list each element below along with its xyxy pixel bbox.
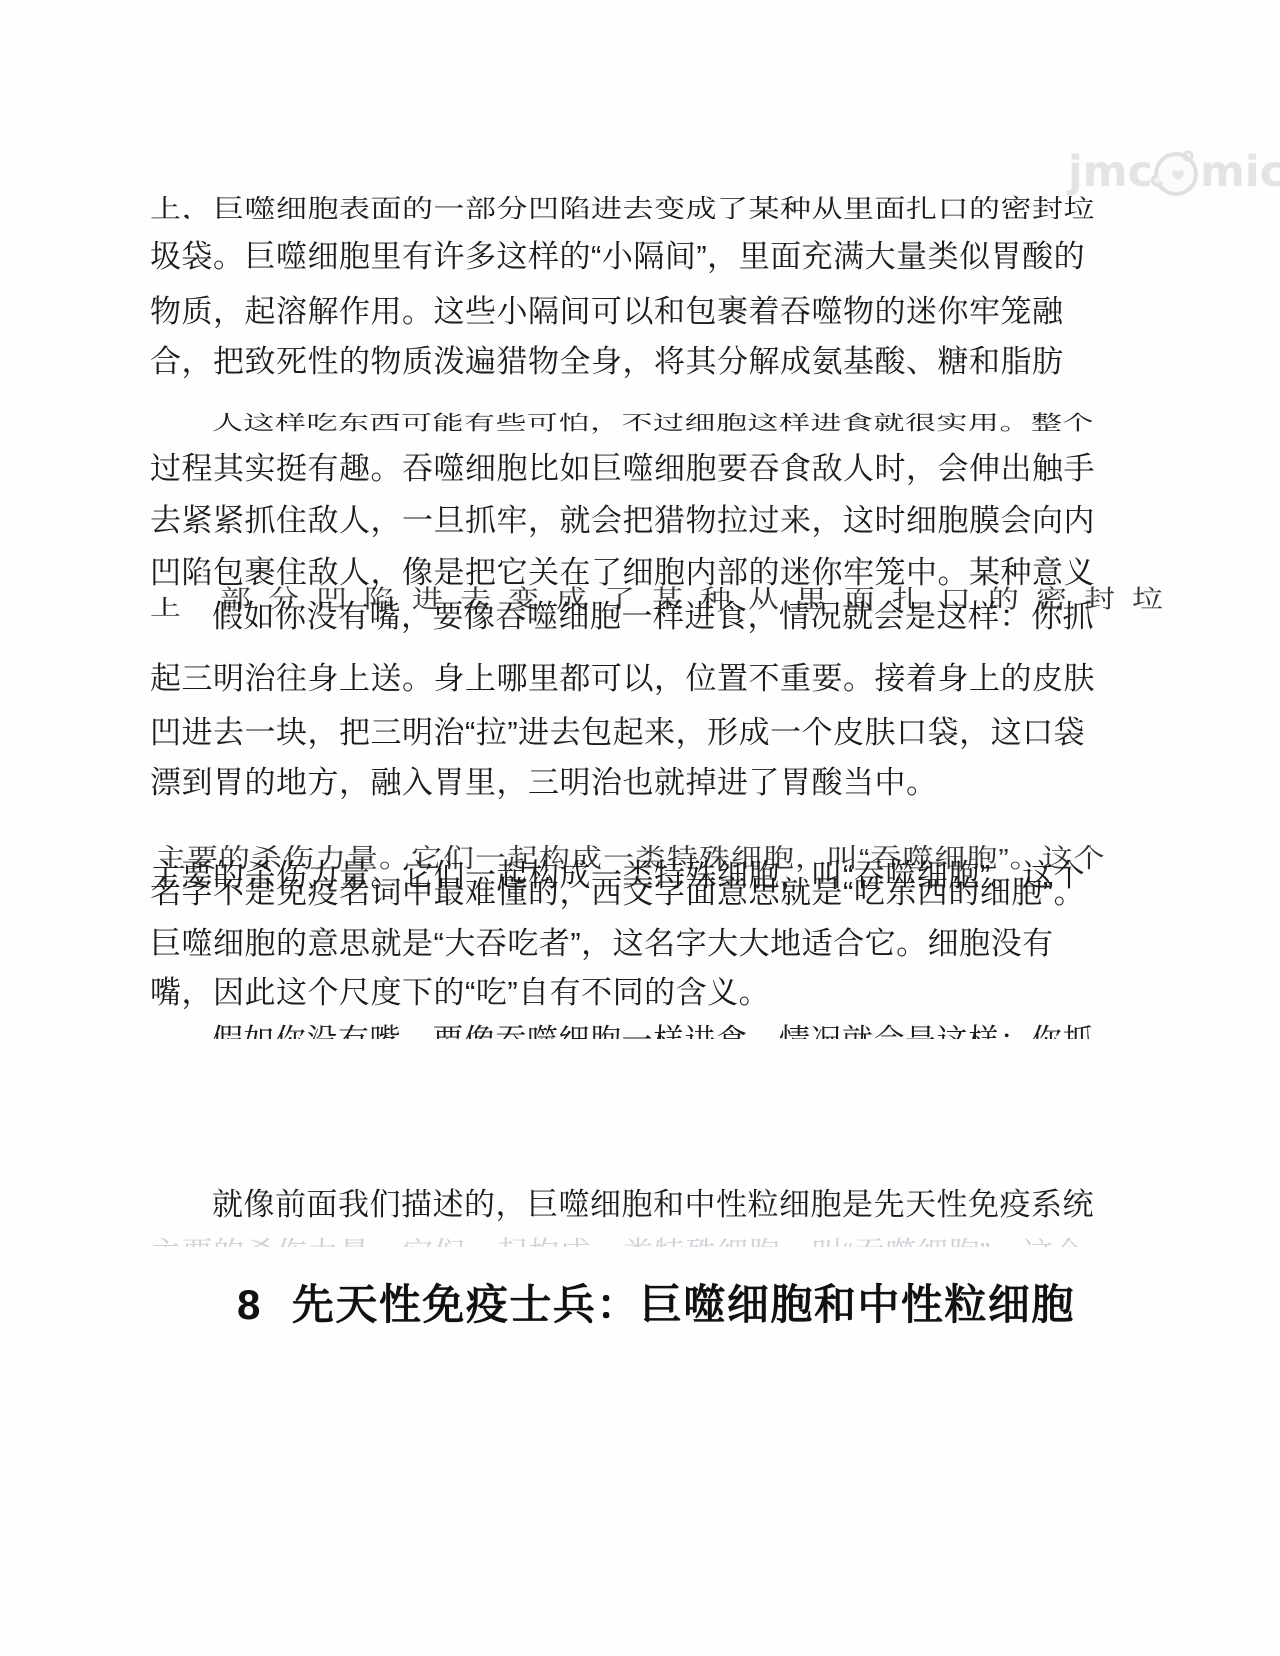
- para2-line2: 过程其实挺有趣。吞噬细胞比如巨噬细胞要吞食敌人时，会伸出触手: [150, 452, 1140, 486]
- para1-line1-cut: 上，巨噬细胞表面的一部分凹陷进去变成了某种从里面扎口的密封垃: [150, 192, 1140, 219]
- para4-line3: 巨噬细胞的意思就是“大吞吃者”，这名字大大地适合它。细胞没有: [150, 927, 1140, 961]
- para2-line1-squashed: 人这样吃东西可能有些可怕，不过细胞这样进食就很实用。整个: [150, 412, 1202, 434]
- para3-line3: 凹进去一块，把三明治“拉”进去包起来，形成一个皮肤口袋，这口袋: [150, 716, 1140, 750]
- para1-line3: 物质，起溶解作用。这些小隔间可以和包裹着吞噬物的迷你牢笼融: [150, 295, 1140, 329]
- para4-line2: 名字不是免疫名词中最难懂的，西文字面意思就是“吃东西的细胞”。: [150, 876, 1140, 910]
- para3-line4: 漂到胃的地方，融入胃里，三明治也就掉进了胃酸当中。: [150, 766, 1140, 800]
- chapter-number: 8: [237, 1281, 262, 1328]
- glitch-cut-line: 假如你没有嘴，要像吞噬细胞一样进食，情况就会是这样：你抓: [150, 1024, 1202, 1039]
- book-page: jmc mic 上，巨噬细胞表面的一部分凹陷进去变成了某种从里面扎口的密封垃 圾…: [0, 0, 1280, 1656]
- chapter-title: 先天性免疫士兵：巨噬细胞和中性粒细胞: [292, 1281, 1075, 1328]
- chick-face-icon: [1150, 146, 1202, 198]
- para2-line5-tail: 上: [150, 596, 182, 620]
- watermark-text-left: jmc: [1068, 147, 1153, 197]
- glitch-overlap-row-1: 上 部分凹陷进去变成了某种从里面扎口的密封垃 假如你没有嘴，要像吞噬细胞一样进食…: [150, 600, 1140, 634]
- para2-line3: 去紧紧抓住敌人，一旦抓牢，就会把猎物拉过来，这时细胞膜会向内: [150, 504, 1140, 538]
- para1-line2: 圾袋。巨噬细胞里有许多这样的“小隔间”，里面充满大量类似胃酸的: [150, 240, 1140, 274]
- para3-line1-ghost: 部分凹陷进去变成了某种从里面扎口的密封垃: [220, 586, 1180, 613]
- glitch-faint-line: 主要的杀伤力量。它们一起构成一类特殊细胞，叫“吞噬细胞”。这个: [150, 1237, 1140, 1247]
- chapter-heading: 8先天性免疫士兵：巨噬细胞和中性粒细胞: [237, 1272, 1075, 1332]
- para1-line4: 合，把致死性的物质泼遍猎物全身，将其分解成氨基酸、糖和脂肪: [150, 345, 1140, 379]
- jmcomic-watermark: jmc mic: [1068, 146, 1280, 198]
- para5-line1: 就像前面我们描述的，巨噬细胞和中性粒细胞是先天性免疫系统: [150, 1188, 1202, 1222]
- para4-line4: 嘴，因此这个尺度下的“吃”自有不同的含义。: [150, 976, 1140, 1010]
- watermark-text-right: mic: [1200, 147, 1280, 197]
- para4-line1-ghost: 主要的杀伤力量。它们一起构成一类特殊细胞，叫“吞噬细胞”。这个: [155, 844, 1106, 873]
- para3-line2: 起三明治往身上送。身上哪里都可以，位置不重要。接着身上的皮肤: [150, 662, 1140, 696]
